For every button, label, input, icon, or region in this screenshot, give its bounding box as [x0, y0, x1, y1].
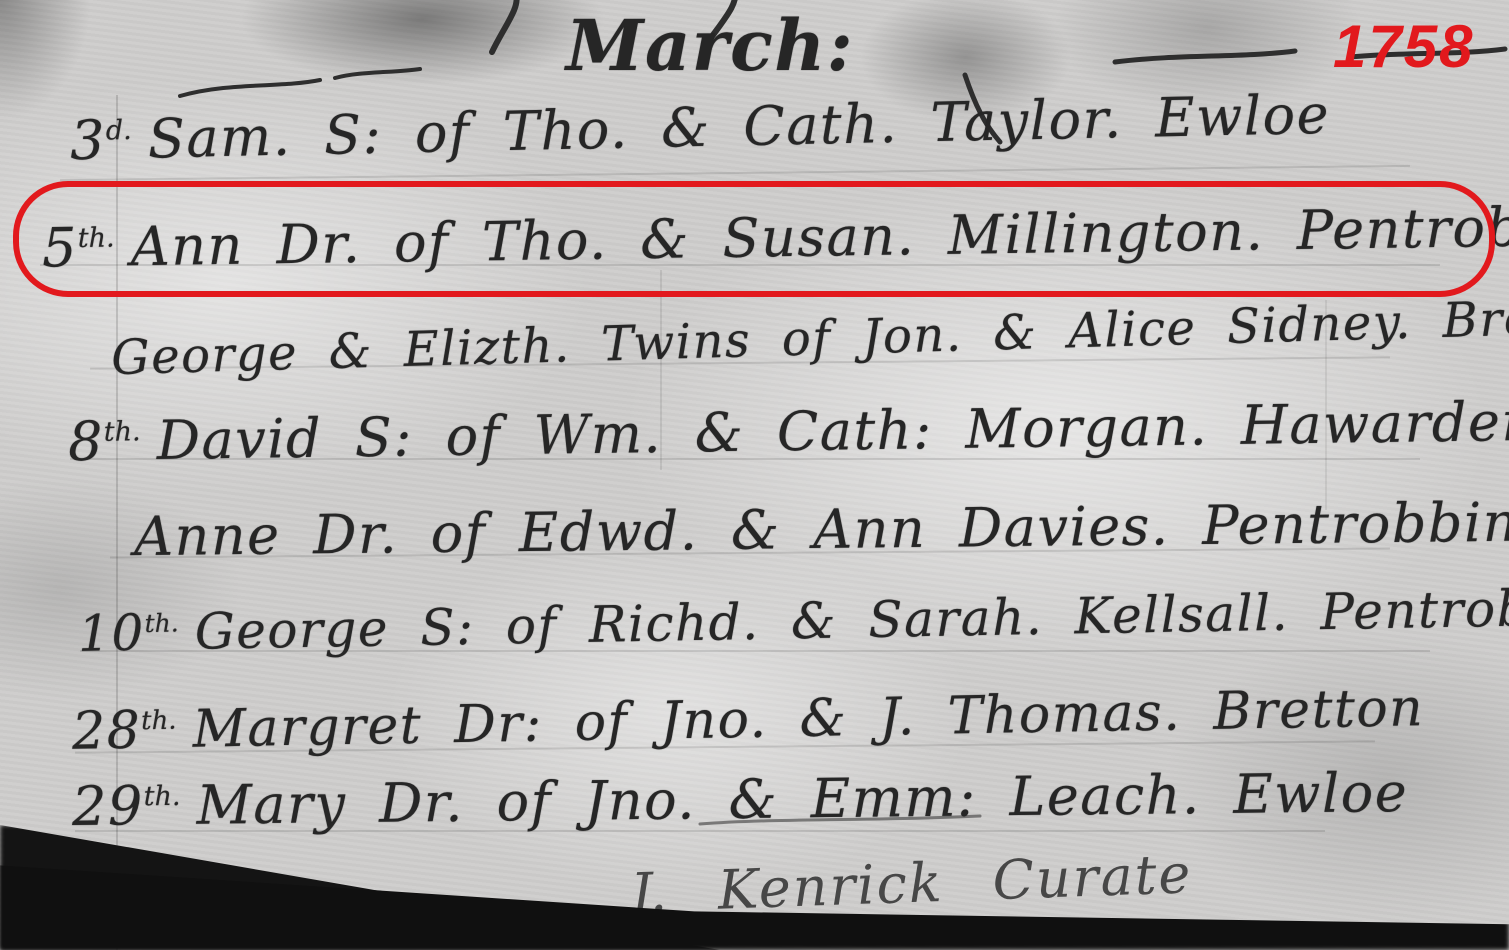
entry-day-ordinal: th.	[141, 706, 177, 737]
entry-day-number: 28	[72, 701, 142, 762]
entry-day-number: 10	[78, 604, 146, 663]
entry-day-number: 3	[69, 108, 106, 172]
page-title: March:	[420, 4, 1000, 87]
entry-day-ordinal: th.	[144, 608, 179, 638]
year-annotation: 1758	[1333, 12, 1474, 81]
entry-day-ordinal: th.	[143, 781, 180, 812]
highlight-box	[13, 181, 1495, 297]
entry-day-ordinal: th.	[104, 416, 141, 448]
entry-day-number	[118, 505, 119, 568]
entry-day: 10th.	[78, 603, 180, 663]
entry-day-ordinal	[95, 336, 96, 364]
entry-day	[118, 505, 119, 568]
entry-day-ordinal: d.	[105, 115, 132, 147]
entry-day: 3d.	[69, 108, 132, 172]
entry-day-number: 29	[72, 774, 144, 838]
entry-day: 28th.	[72, 700, 178, 762]
entry-day: 29th.	[72, 774, 181, 838]
entry-text: Mary Dr. of Jno. & Emm: Leach. Ewloe	[196, 761, 1408, 837]
entry-day-number: 8	[68, 410, 105, 473]
entry-day: 8th.	[68, 409, 142, 473]
